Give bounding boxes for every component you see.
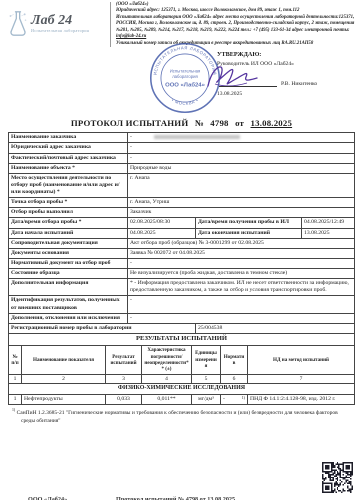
info-value: - <box>128 258 355 268</box>
protocol-document: Лаб 24 Испытательная лаборатория (ООО «Л… <box>0 0 363 500</box>
info-value: Не визуализируется (проба жидкая, достав… <box>128 269 355 279</box>
protocol-date: 13.08.2025 <box>251 118 293 128</box>
info-value: - <box>128 143 355 153</box>
info-value: 3 <box>106 374 142 384</box>
results-section: ФИЗИКО-ХИМИЧЕСКИЕ ИССЛЕДОВАНИЯ <box>9 384 355 395</box>
info-value: 2 <box>22 374 106 384</box>
info-label: Юридический адрес заказчика <box>9 143 128 153</box>
redacted-text <box>154 135 240 139</box>
column-header: Норматив <box>221 346 248 374</box>
approval-title: УТВЕРЖДАЮ: <box>217 51 349 60</box>
letterhead-text: (ООО «Лаб24») Юридический адрес: 125371,… <box>110 2 357 47</box>
info-label: Состояние образца <box>9 269 128 279</box>
info-row: Состояние образцаНе визуализируется (про… <box>9 269 355 279</box>
stamp-ring-bottom-text: • МОСКВА • <box>171 98 199 106</box>
info-value: 6 <box>221 374 248 384</box>
info-row: Дата/время отбора пробы *02.08.2025/08:3… <box>9 218 355 228</box>
info-label: Точка отбора пробы * <box>9 198 128 208</box>
stamp-center-line2: лаборатория <box>172 74 198 79</box>
info-label: Наименование заказчика <box>9 133 128 143</box>
info-value: 13.08.2025 <box>302 228 355 238</box>
footer-doc-fragment: Протокол испытаний № 4798 от 13.08.2025 <box>116 496 235 500</box>
sample-info-table: Наименование заказчика-Юридический адрес… <box>8 132 355 334</box>
result-row: 1Нефтепродукты0,0330,011**мг/дм³-1)ПНД Ф… <box>9 394 355 404</box>
stamp-center-line1: Испытательная <box>170 69 201 74</box>
info-row: Регистрационный номер пробы в лаборатори… <box>9 323 355 333</box>
info-value: Природные воды <box>128 163 355 173</box>
info-label: Дата окончания испытаний <box>196 228 302 238</box>
title-text: ПРОТОКОЛ ИСПЫТАНИЙ <box>71 118 189 128</box>
page-footer: ООО «Лаб24» Протокол испытаний № 4798 от… <box>0 496 363 500</box>
approver-name: Р.В. Никитенко <box>281 80 317 88</box>
info-label: Фактический/почтовый адрес заказчика <box>9 153 128 163</box>
info-label: Дата/время получения пробы в ИЛ <box>196 218 302 228</box>
info-value: - <box>128 133 355 143</box>
info-label: Нормативный документ на отбор проб <box>9 258 128 268</box>
info-value: 0,011** <box>142 394 192 404</box>
info-value: 04.08.2025 <box>128 228 196 238</box>
results-title-row: РЕЗУЛЬТАТЫ ИСПЫТАНИЙ <box>9 333 355 345</box>
info-row: Наименование объекта *Природные воды <box>9 163 355 173</box>
results-header-row: № п/пНаименование показателяРезультат ис… <box>9 346 355 374</box>
info-value: мг/дм³ <box>192 394 221 404</box>
results-table: РЕЗУЛЬТАТЫ ИСПЫТАНИЙ № п/пНаименование п… <box>8 333 355 405</box>
approval-section: ИСПЫТАТЕЛЬНАЯ ЛАБОРАТОРИЯ • МОСКВА • Исп… <box>0 49 363 113</box>
flask-icon <box>8 10 28 37</box>
info-value: ПНД Ф 14.1:2:4.128-98, изд. 2012 г. <box>248 394 355 404</box>
stamp-center-line3: ООО «Лаб24» <box>165 82 206 89</box>
info-row: Дата начала испытаний04.08.2025Дата окон… <box>9 228 355 238</box>
info-value: 0,033 <box>106 394 142 404</box>
info-value: 02.08.2025/08:30 <box>128 218 196 228</box>
info-value: Акт отбора проб (образцов) № 3-0001299 о… <box>128 238 355 248</box>
results-section-row: ФИЗИКО-ХИМИЧЕСКИЕ ИССЛЕДОВАНИЯ <box>9 384 355 395</box>
info-row: Юридический адрес заказчика- <box>9 143 355 153</box>
info-label: Дополнительная информация <box>9 279 128 296</box>
info-value: г. Анапа <box>128 173 355 197</box>
logo-name: Лаб 24 <box>31 14 89 28</box>
footnote: 1) СанПиН 1.2.3685-21 "Гигиенические нор… <box>12 408 342 425</box>
email-text: info@lab-24.ru <box>116 34 146 39</box>
qr-code <box>322 462 353 493</box>
info-value: Нефтепродукты <box>22 394 106 404</box>
info-value: - <box>128 153 355 163</box>
info-value: 7 <box>248 374 355 384</box>
column-header: № п/п <box>9 346 22 374</box>
info-row: Точка отбора пробы *г. Анапа, Утриш <box>9 198 355 208</box>
footer-org-fragment: ООО «Лаб24» <box>28 496 67 500</box>
column-header: Результат испытаний <box>106 346 142 374</box>
info-value: г. Анапа, Утриш <box>128 198 355 208</box>
info-label: Дата/время отбора пробы * <box>9 218 128 228</box>
info-label: Отбор пробы выполнил <box>9 208 128 218</box>
info-row: Документы основанияЗаявка № 002072 от 04… <box>9 248 355 258</box>
info-row: Фактический/почтовый адрес заказчика- <box>9 153 355 163</box>
column-header: Характеристика погрешности/ неопределенн… <box>142 346 192 374</box>
approval-block: УТВЕРЖДАЮ: Руководитель ИЛ ООО «Лаб24» Р… <box>217 51 349 98</box>
signature <box>203 60 269 92</box>
logo-subtitle: Испытательная лаборатория <box>31 29 89 33</box>
info-row: Сопроводительная документацияАкт отбора … <box>9 238 355 248</box>
info-label: Дата начала испытаний <box>9 228 128 238</box>
footnote-marker: 1) <box>12 408 15 412</box>
info-row: Нормативный документ на отбор проб- <box>9 258 355 268</box>
contacts: тел.: +7 (495) 133-61-34 адрес электронн… <box>241 28 350 33</box>
info-label: Регистрационный номер пробы в лаборатори… <box>9 323 196 333</box>
column-numbers-row: 1234567 <box>9 374 355 384</box>
info-value: Заказчик <box>128 208 355 218</box>
info-value: 5 <box>192 374 221 384</box>
info-label: Наименование объекта * <box>9 163 128 173</box>
lab-logo: Лаб 24 Испытательная лаборатория <box>8 2 110 37</box>
info-label: Дополнения, отклонения или исключения <box>9 313 128 323</box>
info-value: 1 <box>9 394 22 404</box>
column-header: Наименование показателя <box>22 346 106 374</box>
info-row: Идентификация результатов, полученных от… <box>9 296 355 313</box>
info-value: 1 <box>9 374 22 384</box>
svg-text:• МОСКВА •: • МОСКВА • <box>171 98 199 106</box>
protocol-number: 4798 <box>210 118 228 128</box>
info-value: * - Информация предоставлена заказчиком.… <box>128 279 355 296</box>
column-header: Единицы измерения <box>192 346 221 374</box>
column-header: НД на метод испытаний <box>248 346 355 374</box>
footnote-text: СанПиН 1.2.3685-21 "Гигиенические нормат… <box>17 410 338 424</box>
info-label: Сопроводительная документация <box>9 238 128 248</box>
signature-line <box>219 86 277 87</box>
info-label: Идентификация результатов, полученных от… <box>9 296 128 313</box>
info-row: Дополнительная информация* - Информация … <box>9 279 355 296</box>
info-value: -1) <box>221 394 248 404</box>
accreditation-number: Уникальный номер записи об аккредитации … <box>116 41 357 47</box>
results-title: РЕЗУЛЬТАТЫ ИСПЫТАНИЙ <box>9 333 355 345</box>
document-title: ПРОТОКОЛ ИСПЫТАНИЙ № 4798 от 13.08.2025 <box>0 118 363 128</box>
info-row: Место осуществления деятельности по отбо… <box>9 173 355 197</box>
info-label: Документы основания <box>9 248 128 258</box>
info-value: 4 <box>142 374 192 384</box>
info-row: Наименование заказчика- <box>9 133 355 143</box>
title-number-label: № <box>195 118 204 128</box>
info-value: - <box>128 296 355 313</box>
info-value: 04.08.2025/12:49 <box>302 218 355 228</box>
info-value: 25/004538 <box>196 323 355 333</box>
letterhead: Лаб 24 Испытательная лаборатория (ООО «Л… <box>0 0 363 47</box>
info-row: Дополнения, отклонения или исключения- <box>9 313 355 323</box>
info-value: - <box>128 313 355 323</box>
signature-row: Р.В. Никитенко <box>217 76 349 90</box>
info-row: Отбор пробы выполнилЗаказчик <box>9 208 355 218</box>
info-value: Заявка № 002072 от 04.08.2025 <box>128 248 355 258</box>
title-of-label: от <box>235 118 244 128</box>
lab-address-block: Испытательная лаборатория ООО «Лаб24» ад… <box>116 15 357 41</box>
info-label: Место осуществления деятельности по отбо… <box>9 173 128 197</box>
